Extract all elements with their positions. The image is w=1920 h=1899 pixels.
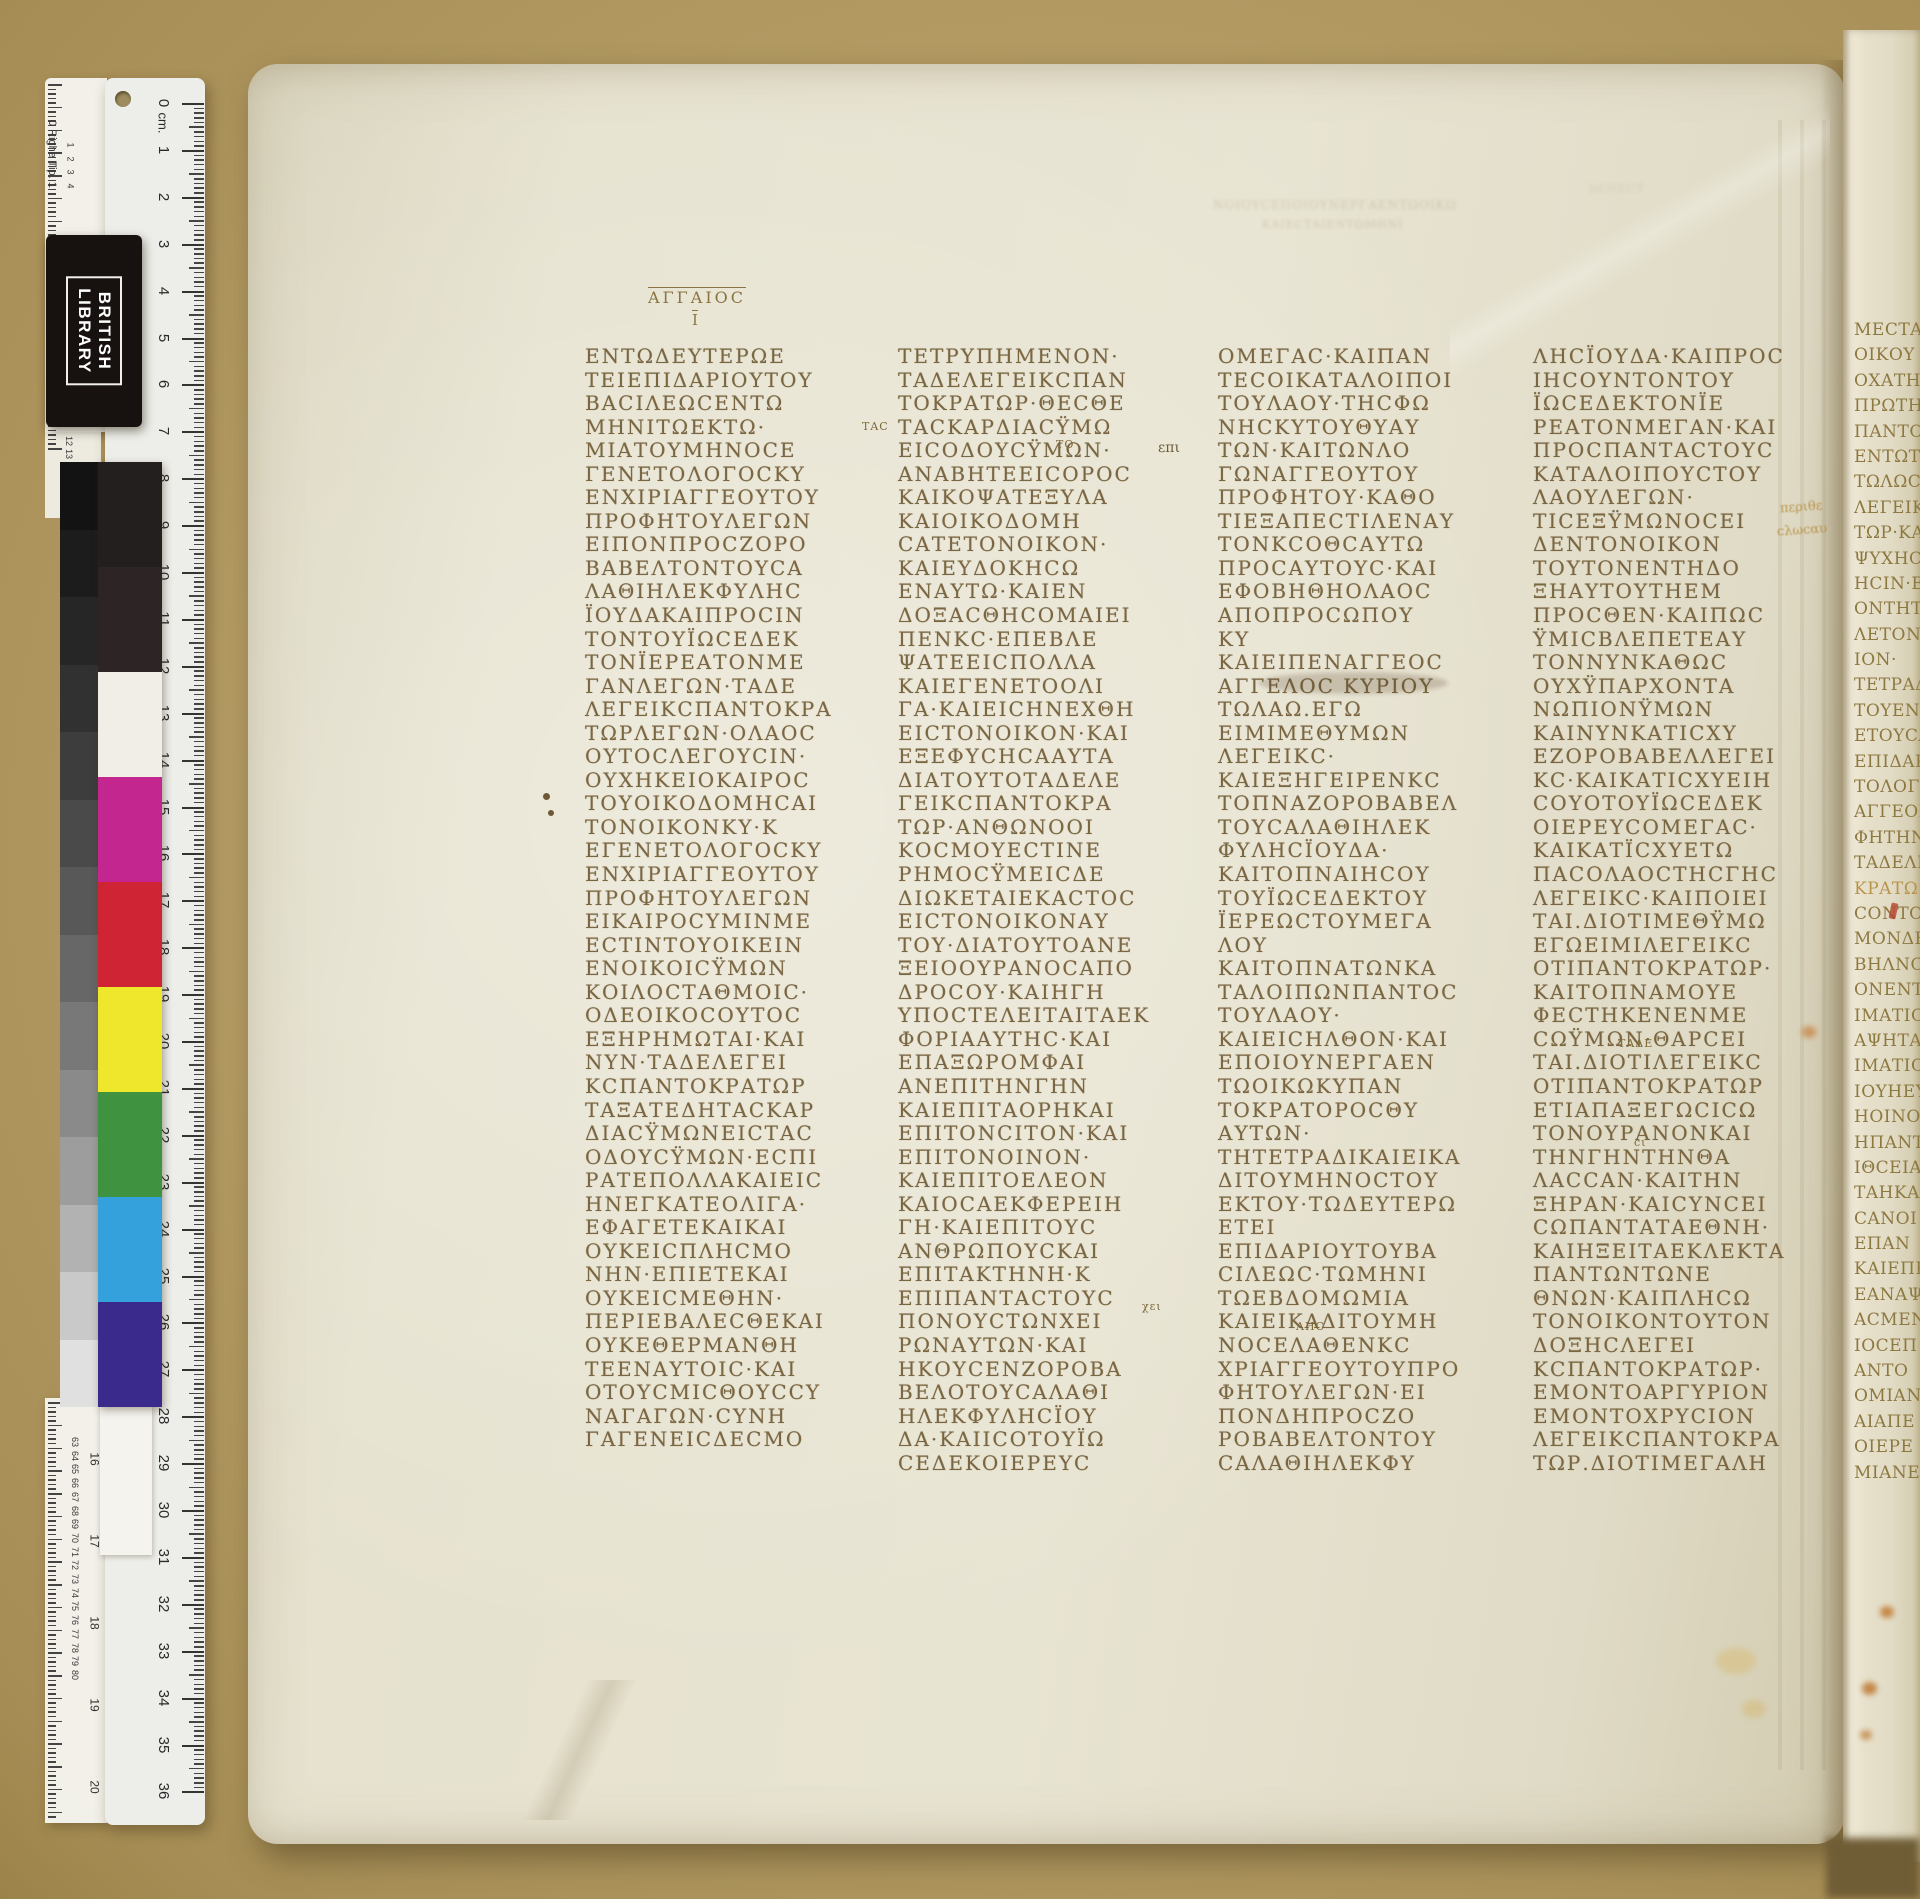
mini-ruler-tick xyxy=(48,1548,56,1550)
ruler-mm-tick xyxy=(194,1529,204,1531)
ruler-cm-tick xyxy=(182,1463,204,1465)
mini-ruler-tick xyxy=(48,439,56,441)
ruler-mm-tick xyxy=(194,225,204,227)
ruler-mm-tick xyxy=(194,1660,204,1662)
ruler-mm-tick xyxy=(194,839,204,841)
mini-ruler-tick xyxy=(48,116,56,118)
manuscript-line: ΤΩΡ·ΑΝΘΩΝΟΟΙ xyxy=(898,816,1150,840)
ruler-mm-tick xyxy=(194,1027,204,1029)
mini-ruler-number: 76 xyxy=(70,1615,80,1625)
manuscript-line: ΟΥΚΕΙϹΠΛΗϹΜΟ xyxy=(585,1240,833,1264)
fore-edge-line: ΨΥΧΗϹΕ xyxy=(1854,547,1920,572)
manuscript-line: ΕΝΧΙΡΙΑΓΓΕΟΥΤΟΥ xyxy=(585,486,833,510)
manuscript-line: ΠΡΟΦΗΤΟΥ·ΚΑΘΟ xyxy=(1218,486,1461,510)
ruler-mm-tick xyxy=(194,1552,204,1554)
mini-ruler-tick xyxy=(48,1725,56,1727)
mini-ruler-tick xyxy=(48,1543,56,1545)
manuscript-line: ΔΙΑΤΟΥΤΟΤΑΔΕΛΕ xyxy=(898,769,1150,793)
manuscript-line: ΤΕΤΡΥΠΗΜΕΝΟΝ· xyxy=(898,345,1150,369)
fore-edge-line: ΑΙΑΠΕ xyxy=(1854,1410,1920,1435)
ruler-mm-tick xyxy=(194,755,204,757)
manuscript-line: ϹΑΤΕΤΟΝΟΙΚΟΝ· xyxy=(898,533,1150,557)
mini-ruler-tick xyxy=(48,1470,62,1472)
ruler-mm-tick xyxy=(194,1149,204,1151)
ruler-cm-number: 34 xyxy=(154,1685,172,1711)
mini-ruler-tick xyxy=(48,1775,56,1777)
grayscale-step xyxy=(60,1205,98,1273)
ruler-mm-tick xyxy=(194,1430,204,1432)
mini-ruler-big-number: 20 xyxy=(88,1780,102,1793)
manuscript-line: ΑΥΤΩΝ· xyxy=(1218,1122,1461,1146)
manuscript-line: ΟΤΙΠΑΝΤΟΚΡΑΤΩΡ xyxy=(1533,1075,1785,1099)
fore-edge-line: ΙΜΑΤΙΟ xyxy=(1854,1004,1920,1029)
mini-ruler-number: 1 xyxy=(66,142,76,147)
manuscript-line: ΠΡΟΦΗΤΟΥΛΕΓΩΝ xyxy=(585,510,833,534)
ruler-mm-tick xyxy=(194,234,204,236)
mini-ruler-tick xyxy=(48,111,56,113)
adjacent-leaf-text-column: ΜΕϹΤΑΟΙΚΟΥΟΧΑΤΗΠΡΩΤΗΠΑΝΤΟΕΝΤΩΤΤΩΛΩϹΛΕΓΕΙ… xyxy=(1854,318,1920,1508)
manuscript-line: ΓΕΝΕΤΟΛΟΓΟϹΚΥ xyxy=(585,463,833,487)
ruler-mm-tick xyxy=(194,1712,204,1714)
ruler-mm-tick xyxy=(194,1594,204,1596)
fore-edge-line: ΕΤΟΥϹΑ xyxy=(1854,724,1920,749)
mini-ruler-tick xyxy=(48,1771,56,1773)
ruler-mm-tick xyxy=(194,1730,204,1732)
ruler-mm-tick xyxy=(194,1154,204,1156)
manuscript-line: ΕΞΕΦΥϹΗϹΑΑΥΤΑ xyxy=(898,745,1150,769)
manuscript-line: ΨΑΤΕΕΙϹΠΟΛΛΑ xyxy=(898,651,1150,675)
manuscript-line: ΕΠΙΤΑΚΤΗΝΗ·Κ xyxy=(898,1263,1150,1287)
ruler-mm-tick xyxy=(194,474,204,476)
ruler-mm-tick xyxy=(194,516,204,518)
photograph-scene: ΜΕϹΤΑΟΙΚΟΥΟΧΑΤΗΠΡΩΤΗΠΑΝΤΟΕΝΤΩΤΤΩΛΩϹΛΕΓΕΙ… xyxy=(0,0,1920,1899)
showthrough-text-line3: ΜΟΥΕϹΤ xyxy=(1588,182,1644,196)
manuscript-line: ϹΩΠΑΝΤΑΤΑΕΘΝΗ· xyxy=(1533,1216,1785,1240)
ruler-mm-tick xyxy=(194,1130,204,1132)
ruler-mm-tick xyxy=(194,375,204,377)
ruler-mm-tick xyxy=(194,1777,204,1779)
grayscale-step xyxy=(60,1340,98,1408)
ruler-mm-tick xyxy=(194,600,204,602)
ruler-mm-tick xyxy=(194,633,204,635)
ruler-cm-tick xyxy=(182,1135,204,1137)
manuscript-line: ΕΚΤΟΥ·ΤΩΔΕΥΤΕΡΩ xyxy=(1218,1193,1461,1217)
manuscript-line: ΤΑΛΟΙΠΩΝΠΑΝΤΟϹ xyxy=(1218,981,1461,1005)
ruler-mm-tick xyxy=(194,1074,204,1076)
ruler-mm-tick xyxy=(194,1646,204,1648)
manuscript-line: ΕΦΟΒΗΘΗΟΛΑΟϹ xyxy=(1218,580,1461,604)
manuscript-line: ΤΕΙΕΠΙΔΑΡΙΟΥΤΟΥ xyxy=(585,369,833,393)
ruler-mm-tick xyxy=(194,1374,204,1376)
manuscript-line: ΤΟΥΛΑΟΥ·ΤΗϹΦΩ xyxy=(1218,392,1461,416)
mini-ruler-tick xyxy=(48,1407,56,1409)
mini-ruler-tick xyxy=(48,1539,62,1541)
grayscale-step xyxy=(60,530,98,598)
fore-edge-line: ΗΟΙΝΟΥ xyxy=(1854,1105,1920,1130)
grayscale-step xyxy=(60,1070,98,1138)
color-patch xyxy=(98,672,162,777)
ruler-mm-tick xyxy=(194,989,204,991)
ruler-mm-tick xyxy=(189,924,204,926)
ruler-mm-tick xyxy=(194,694,204,696)
manuscript-line: ΕΙΠΟΝΠΡΟϹΖΟΡΟ xyxy=(585,533,833,557)
manuscript-line: ΤΟΥΤΟΝΕΝΤΗΔΟ xyxy=(1533,557,1785,581)
mini-ruler-tick xyxy=(48,1802,56,1804)
manuscript-line: ΤΗΤΕΤΡΑΔΙΚΑΙΕΙΚΑ xyxy=(1218,1146,1461,1170)
ruler-mm-tick xyxy=(194,1097,204,1099)
mini-ruler-tick xyxy=(48,1520,56,1522)
ruler-cm-tick xyxy=(182,1604,204,1606)
ruler-mm-tick xyxy=(194,1365,204,1367)
ruler-mm-tick xyxy=(194,933,204,935)
ruler-mm-tick xyxy=(194,469,204,471)
ruler-cm-number: 31 xyxy=(154,1544,172,1570)
ruler-mm-tick xyxy=(194,211,204,213)
manuscript-line: ΞΗΑΥΤΟΥΤΗΕΜ xyxy=(1533,580,1785,604)
mini-ruler-tick xyxy=(48,1461,56,1463)
ruler-mm-tick xyxy=(194,905,204,907)
ruler-mm-tick xyxy=(194,1238,204,1240)
mini-ruler-number: 77 xyxy=(70,1629,80,1639)
ruler-mm-tick xyxy=(194,281,204,283)
manuscript-line: ΡΩΝΑΥΤΩΝ·ΚΑΙ xyxy=(898,1334,1150,1358)
ruler-mm-tick xyxy=(189,1768,204,1770)
manuscript-line: ΝΟϹΕΛΑΘΕΝΚϹ xyxy=(1218,1334,1461,1358)
ruler-cm-tick xyxy=(182,150,204,152)
ruler-mm-tick xyxy=(194,605,204,607)
mini-ruler-tick xyxy=(48,1807,56,1809)
manuscript-line: ΞΕΙΟΟΥΡΑΝΟϹΑΠΟ xyxy=(898,957,1150,981)
mini-ruler-tick xyxy=(48,1570,56,1572)
manuscript-line: ΤΟΝΟΙΚΟΝΤΟΥΤΟΝ xyxy=(1533,1310,1785,1334)
ruler-cm-tick xyxy=(182,1510,204,1512)
ruler-mm-tick xyxy=(189,361,204,363)
ruler-mm-tick xyxy=(194,1107,204,1109)
fore-edge-line: ΟΙΚΟΥ xyxy=(1854,343,1920,368)
manuscript-line: ΛΑΘΙΗΛΕΚΦΥΛΗϹ xyxy=(585,580,833,604)
fore-edge-line: ΤΕΤΡΑΔΙ xyxy=(1854,673,1920,698)
ruler-mm-tick xyxy=(194,891,204,893)
ruler-mm-tick xyxy=(189,1111,204,1113)
fore-edge-line: ΙΟϹΕΠ xyxy=(1854,1334,1920,1359)
ruler-mm-tick xyxy=(189,1674,204,1676)
ruler-mm-tick xyxy=(194,1013,204,1015)
manuscript-line: ΓΑ·ΚΑΙΕΙϹΗΝΕΧΘΗ xyxy=(898,698,1150,722)
ruler-cm-number: 4 xyxy=(154,278,172,304)
mini-ruler-tick xyxy=(48,1639,56,1641)
mini-ruler-tick xyxy=(48,1616,56,1618)
ruler-mm-tick xyxy=(194,1449,204,1451)
manuscript-line: ΘΝΩΝ·ΚΑΙΠΛΗϹΩ xyxy=(1533,1287,1785,1311)
manuscript-line: ΤΩΡ.ΔΙΟΤΙΜΕΓΑΛΗ xyxy=(1533,1452,1785,1476)
book-title: ΑΓΓΑΙΟϹ xyxy=(648,288,746,307)
grayscale-step xyxy=(60,665,98,733)
ruler-mm-tick xyxy=(194,1008,204,1010)
mini-ruler-tick xyxy=(48,189,56,191)
fore-edge-line: ΤΑΗΚΑΙΑ xyxy=(1854,1181,1920,1206)
fore-edge-line: ΒΗΛΝΟ xyxy=(1854,953,1920,978)
mini-ruler-tick xyxy=(48,230,56,232)
ruler-cm-tick xyxy=(182,525,204,527)
ruler-mm-tick xyxy=(194,1608,204,1610)
ruler-cm-tick xyxy=(182,900,204,902)
mini-ruler-tick xyxy=(48,202,56,204)
manuscript-line: ΠΟΝΟΥϹΤΩΝΧΕΙ xyxy=(898,1310,1150,1334)
ruler-mm-tick xyxy=(194,413,204,415)
ruler-mm-tick xyxy=(194,1247,204,1249)
manuscript-line: ΚΑΙΚΟΨΑΤΕΞΥΛΑ xyxy=(898,486,1150,510)
manuscript-line: ΤΟΝΝΥΝΚΑΘΩϹ xyxy=(1533,651,1785,675)
ruler-mm-tick xyxy=(194,427,204,429)
manuscript-line: ΕΝΤΩΔΕΥΤΕΡΩΕ xyxy=(585,345,833,369)
mini-ruler-number: 68 xyxy=(70,1505,80,1515)
ruler-mm-tick xyxy=(194,1304,204,1306)
ruler-cm-tick xyxy=(182,103,204,105)
ruler-cm-number: 1 xyxy=(154,137,172,163)
ruler-mm-tick xyxy=(194,1261,204,1263)
ruler-mm-tick xyxy=(194,1665,204,1667)
ruler-mm-tick xyxy=(194,1505,204,1507)
fore-edge-line: ΛΕΓΕΙΚ xyxy=(1854,496,1920,521)
ruler-mm-tick xyxy=(194,1482,204,1484)
mini-ruler-tick xyxy=(48,225,56,227)
manuscript-line: ΤΟΠΝΑΖΟΡΟΒΑΒΕΛ xyxy=(1218,792,1461,816)
ruler-cm-tick xyxy=(182,853,204,855)
showthrough-text-line1: ΝΟΙΟΥϹΕΠΟΙΟΥΝΕΡΓΑΕΝΤΩΟΙΚΩ xyxy=(1213,198,1457,212)
mini-ruler-tick xyxy=(48,1575,56,1577)
mini-ruler-number: 74 xyxy=(70,1588,80,1598)
manuscript-line: ΔΟΞΑϹΘΗϹΟΜΑΙΕΙ xyxy=(898,604,1150,628)
ruler-cm-number: 30 xyxy=(154,1497,172,1523)
ruler-cm-number: 7 xyxy=(154,418,172,444)
ruler-mm-tick xyxy=(194,919,204,921)
mini-ruler-tick xyxy=(48,1552,56,1554)
manuscript-line: ΚΟΙΛΟϹΤΑΘΜΟΙϹ· xyxy=(585,981,833,1005)
mini-ruler-tick xyxy=(48,198,62,200)
ruler-mm-tick xyxy=(189,1252,204,1254)
mini-ruler-tick xyxy=(48,1752,56,1754)
ruler-mm-tick xyxy=(194,722,204,724)
mini-ruler-tick xyxy=(48,1466,56,1468)
ruler-mm-tick xyxy=(194,464,204,466)
mini-ruler-tick xyxy=(48,1684,56,1686)
ruler-mm-tick xyxy=(194,896,204,898)
ruler-mm-tick xyxy=(194,1200,204,1202)
manuscript-line: ΚΑΙΗΞΕΙΤΑΕΚΛΕΚΤΑ xyxy=(1533,1240,1785,1264)
mini-ruler-tick xyxy=(48,1689,56,1691)
mini-ruler-tick xyxy=(48,1584,62,1586)
mini-ruler-number: 66 xyxy=(70,1478,80,1488)
chapter-numeral: Ι xyxy=(692,311,698,329)
fore-edge-line: ϹΟΝΤΟ xyxy=(1854,902,1920,927)
ruler-mm-tick xyxy=(194,169,204,171)
manuscript-line: ΤΕϹΟΙΚΑΤΑΛΟΙΠΟΙ xyxy=(1218,369,1461,393)
manuscript-line: ΚΑΙΕΠΙΤΑΟΡΗΚΑΙ xyxy=(898,1099,1150,1123)
ruler-mm-tick xyxy=(194,1032,204,1034)
manuscript-line: ϹΩΫΜΩΝ·ΘΑΡϹΕΙ xyxy=(1533,1028,1785,1052)
fore-edge-stain-1 xyxy=(1880,1606,1894,1618)
manuscript-line: ΤΩΛΑΩ.ΕΓΩ xyxy=(1218,698,1461,722)
ruler-mm-tick xyxy=(194,1426,204,1428)
mini-ruler-tick xyxy=(48,1702,56,1704)
ruler-cm-tick xyxy=(182,1651,204,1653)
ruler-mm-tick xyxy=(194,731,204,733)
manuscript-line: ϹΟΥΟΤΟΥΪΩϹΕΔΕΚ xyxy=(1533,792,1785,816)
mini-ruler-tick xyxy=(48,1698,62,1700)
mini-ruler-tick xyxy=(48,1557,56,1559)
ruler-mm-tick xyxy=(189,267,204,269)
manuscript-line: ΟΜΕΓΑϹ·ΚΑΙΠΑΝ xyxy=(1218,345,1461,369)
manuscript-line: ΛΑΟΥΛΕΓΩΝ· xyxy=(1533,486,1785,510)
ruler-mm-tick xyxy=(194,305,204,307)
manuscript-line: ΚϹΠΑΝΤΟΚΡΑΤΩΡ xyxy=(585,1075,833,1099)
ruler-mm-tick xyxy=(194,675,204,677)
ruler-mm-tick xyxy=(194,530,204,532)
mini-ruler-tick xyxy=(48,1757,56,1759)
ruler-mm-tick xyxy=(194,1599,204,1601)
mini-ruler-tick xyxy=(48,1516,62,1518)
mini-ruler-tick xyxy=(48,1652,62,1654)
fore-edge-line: ΠΡΩΤΗ xyxy=(1854,394,1920,419)
mini-ruler-tick xyxy=(48,1634,56,1636)
ink-smudge xyxy=(1258,672,1448,694)
ruler-mm-tick xyxy=(194,1412,204,1414)
ruler-mm-tick xyxy=(194,957,204,959)
manuscript-line: ΔΙΩΚΕΤΑΙΕΚΑϹΤΟϹ xyxy=(898,887,1150,911)
fore-edge-line: ΠΑΝΤΟ xyxy=(1854,420,1920,445)
fore-edge-line: ΤΑΔΕΛΕ xyxy=(1854,851,1920,876)
ruler-mm-tick xyxy=(194,450,204,452)
ruler-mm-tick xyxy=(194,1083,204,1085)
ruler-cm-tick xyxy=(182,1088,204,1090)
ruler-mm-tick xyxy=(194,638,204,640)
manuscript-line: ΤΩΡΛΕΓΩΝ·ΟΛΑΟϹ xyxy=(585,722,833,746)
ruler-mm-tick xyxy=(194,816,204,818)
fore-edge-line: ΦΗΤΗΝ xyxy=(1854,826,1920,851)
mini-ruler-tick xyxy=(48,1711,56,1713)
color-patch xyxy=(98,567,162,672)
ruler-mm-tick xyxy=(194,867,204,869)
mini-ruler-tick xyxy=(48,1602,56,1604)
manuscript-line: ΕΜΟΝΤΟΧΡΥϹΙΟΝ xyxy=(1533,1405,1785,1429)
ruler-cm-tick xyxy=(182,291,204,293)
manuscript-line: ΕΞΗΡΗΜΩΤΑΙ·ΚΑΙ xyxy=(585,1028,833,1052)
mini-ruler-tick xyxy=(48,216,56,218)
ruler-mm-tick xyxy=(194,398,204,400)
ruler-mm-tick xyxy=(194,943,204,945)
ruler-mm-tick xyxy=(194,1280,204,1282)
ruler-mm-tick xyxy=(194,1341,204,1343)
ruler-mm-tick xyxy=(194,1196,204,1198)
mini-ruler-tick xyxy=(48,1734,56,1736)
manuscript-line: ΕΓΩΕΙΜΙΛΕΓΕΙΚϹ xyxy=(1533,934,1785,958)
manuscript-line: ΜΗΝΙΤΩΕΚΤΩ· xyxy=(585,416,833,440)
fore-edge-line: ϹΑΝΟΙ xyxy=(1854,1207,1920,1232)
manuscript-line: ΚΑΙΤΟΠΝΑΙΗϹΟΥ xyxy=(1218,863,1461,887)
ruler-cm-tick xyxy=(182,947,204,949)
ruler-mm-tick xyxy=(194,1585,204,1587)
manuscript-line: ΡΟΒΑΒΕΛΤΟΝΤΟΥ xyxy=(1218,1428,1461,1452)
fore-edge-line: ΤΟΛΟΓΟ xyxy=(1854,775,1920,800)
mini-ruler-tick xyxy=(48,1493,62,1495)
mini-ruler-tick xyxy=(48,448,62,450)
ruler-mm-tick xyxy=(194,567,204,569)
mini-ruler-tick xyxy=(48,1598,56,1600)
manuscript-line: ΤΟΚΡΑΤΟΡΟϹΘΥ xyxy=(1218,1099,1461,1123)
grayscale-step xyxy=(60,867,98,935)
mini-ruler-tick xyxy=(48,1670,56,1672)
ruler-mm-tick xyxy=(194,216,204,218)
ruler-mm-tick xyxy=(189,1627,204,1629)
ruler-mm-tick xyxy=(194,1050,204,1052)
ruler-mm-tick xyxy=(194,1336,204,1338)
manuscript-line: ΕΠΙΠΑΝΤΑϹΤΟΥϹ xyxy=(898,1287,1150,1311)
manuscript-line: ΓΩΝΑΓΓΕΟΥΤΟΥ xyxy=(1218,463,1461,487)
ruler-mm-tick xyxy=(194,1121,204,1123)
ruler-mm-tick xyxy=(189,455,204,457)
ruler-mm-tick xyxy=(194,497,204,499)
fore-edge-line: ΙΟΝ· xyxy=(1854,648,1920,673)
manuscript-line: ΓΗ·ΚΑΙΕΠΙΤΟΥϹ xyxy=(898,1216,1150,1240)
manuscript-line: ΚΑΙΕΙϹΗΛΘΟΝ·ΚΑΙ xyxy=(1218,1028,1461,1052)
ruler-cm-tick xyxy=(182,1229,204,1231)
ruler-mm-tick xyxy=(189,595,204,597)
mini-ruler-tick xyxy=(48,1780,56,1782)
mini-ruler-tick xyxy=(48,1411,56,1413)
manuscript-line: ΑΝΘΡΩΠΟΥϹΚΑΙ xyxy=(898,1240,1150,1264)
mini-ruler-tick xyxy=(48,1648,56,1650)
ruler-mm-tick xyxy=(194,539,204,541)
mini-ruler-tick xyxy=(48,1607,62,1609)
ruler-mm-tick xyxy=(194,1093,204,1095)
manuscript-line: ΠΡΟϹΠΑΝΤΑϹΤΟΥϹ xyxy=(1533,439,1785,463)
fore-edge-line: ΑΨΗΤΑΙ xyxy=(1854,1029,1920,1054)
ruler-mm-tick xyxy=(194,975,204,977)
ruler-mm-tick xyxy=(194,1655,204,1657)
fore-edge-line: ΟΧΑΤΗ xyxy=(1854,369,1920,394)
manuscript-line: ΕΙϹΤΟΝΟΙΚΟΝ·ΚΑΙ xyxy=(898,722,1150,746)
manuscript-column: ΤΕΤΡΥΠΗΜΕΝΟΝ·ΤΑΔΕΛΕΓΕΙΚϹΠΑΝΤΟΚΡΑΤΩΡ·ΘΕϹΘ… xyxy=(898,345,1150,1475)
manuscript-line: ΠΡΟϹΘΕΝ·ΚΑΙΠΩϹ xyxy=(1533,604,1785,628)
manuscript-line: ΚΑΙΕΓΕΝΕΤΟΟΛΙ xyxy=(898,675,1150,699)
manuscript-line: ΦΟΡΙΑΑΥΤΗϹ·ΚΑΙ xyxy=(898,1028,1150,1052)
ruler-mm-tick xyxy=(194,141,204,143)
manuscript-line: ΝΑΓΑΓΩΝ·ϹΥΝΗ xyxy=(585,1405,833,1429)
ruler-mm-tick xyxy=(194,652,204,654)
manuscript-line: ΦΗΤΟΥΛΕΓΩΝ·ΕΙ xyxy=(1218,1381,1461,1405)
mini-ruler-tick xyxy=(48,1620,56,1622)
mini-ruler-tick xyxy=(48,1498,56,1500)
fore-edge-line: ΕΝΤΩΤ xyxy=(1854,445,1920,470)
ruler-mm-tick xyxy=(194,441,204,443)
ruler-mm-tick xyxy=(194,961,204,963)
fore-edge-line: ΕΑΝΑΨ xyxy=(1854,1283,1920,1308)
ruler-cm-tick xyxy=(182,338,204,340)
fore-edge-line: ΕΠΑΝ xyxy=(1854,1232,1920,1257)
mini-ruler-tick xyxy=(48,1611,56,1613)
ruler-mm-tick xyxy=(189,408,204,410)
ruler-mm-tick xyxy=(189,126,204,128)
ruler-cm-tick xyxy=(182,1369,204,1371)
ruler-mm-tick xyxy=(194,112,204,114)
manuscript-line: ΜΙΑΤΟΥΜΗΝΟϹΕ xyxy=(585,439,833,463)
manuscript-line: ΤΙϹΕΞΫΜΩΝΟϹΕΙ xyxy=(1533,510,1785,534)
manuscript-line: ΛΕΓΕΙΚϹ· xyxy=(1218,745,1461,769)
manuscript-line: ΤΟΚΡΑΤΩΡ·ΘΕϹΘΕ xyxy=(898,392,1150,416)
manuscript-line: ΤΗΝΓΗΝΤΗΝΘΑ xyxy=(1533,1146,1785,1170)
ruler-mm-tick xyxy=(194,966,204,968)
grayscale-step xyxy=(60,462,98,530)
